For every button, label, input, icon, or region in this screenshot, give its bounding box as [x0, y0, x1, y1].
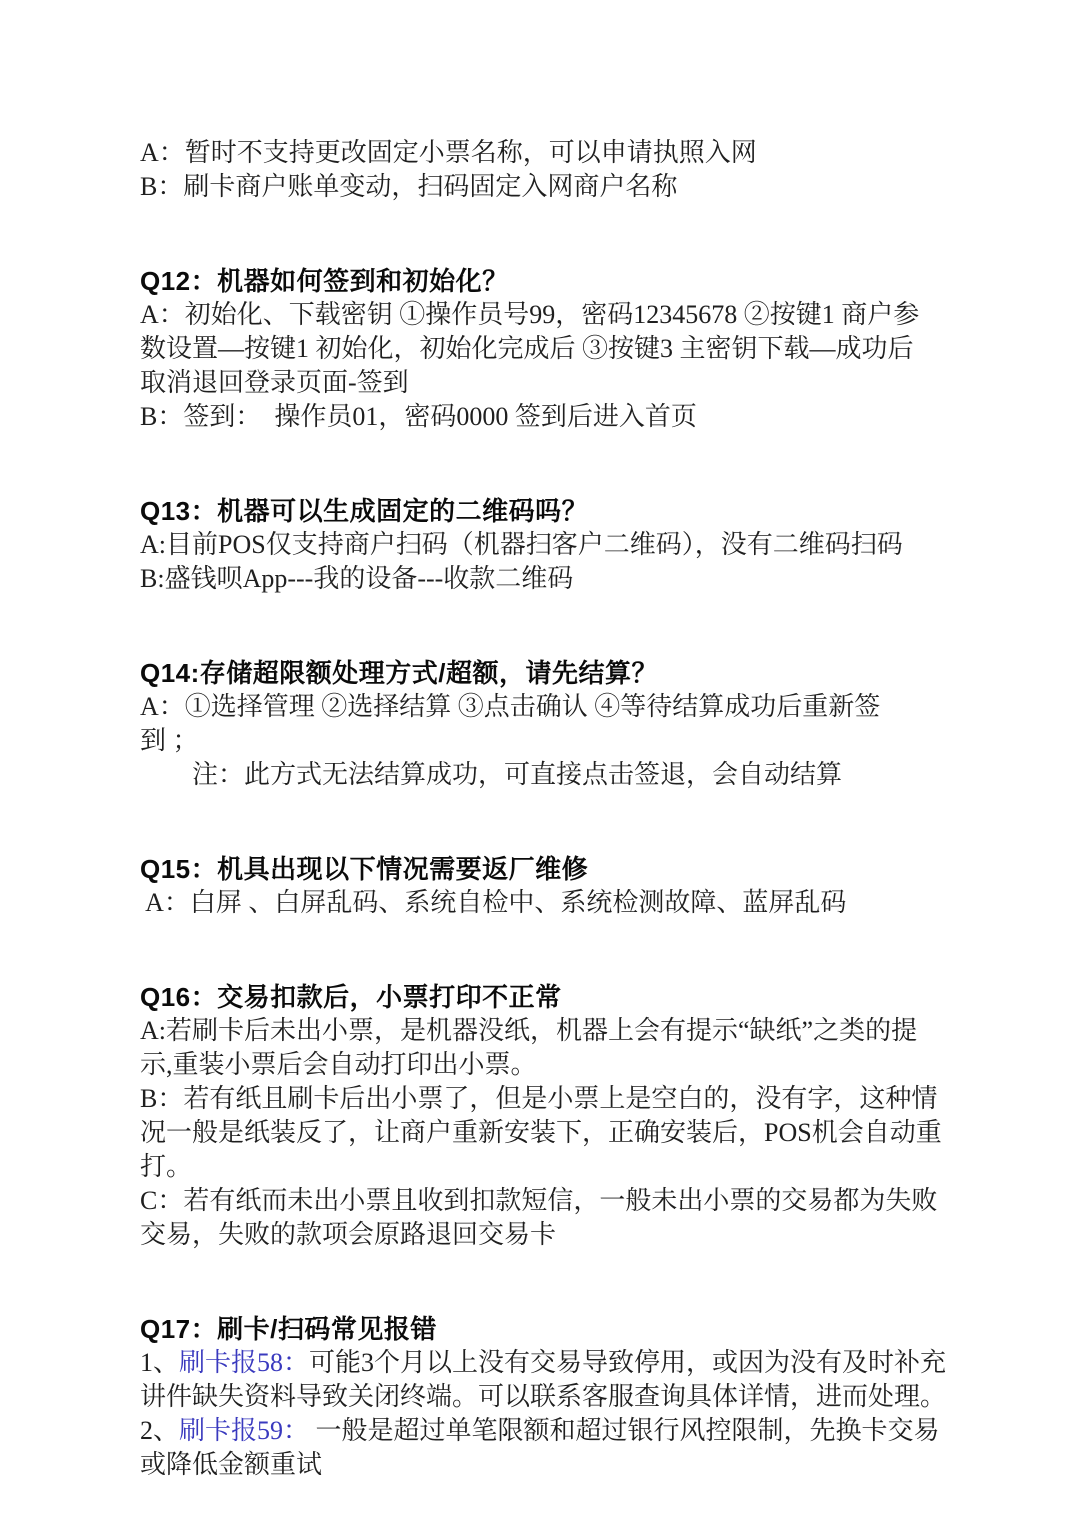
- text-line: 1、刷卡报58：可能3个月以上没有交易导致停用，或因为没有及时补充: [140, 1346, 950, 1380]
- text-line: 注：此方式无法结算成功，可直接点击签退，会自动结算: [140, 758, 950, 792]
- text-segment: A:目前POS仅支持商户扫码（机器扫客户二维码），没有二维码扫码: [140, 530, 903, 559]
- text-line: B:盛钱呗App---我的设备---收款二维码: [140, 562, 950, 596]
- text-segment: A：白屏 、白屏乱码、系统自检中、系统检测故障、蓝屏乱码: [140, 888, 846, 917]
- question-heading: Q13：机器可以生成固定的二维码吗？: [140, 494, 950, 528]
- text-segment: 讲件缺失资料导致关闭终端。可以联系客服查询具体详情，进而处理。: [140, 1382, 946, 1411]
- faq-document: A：暂时不支持更改固定小票名称，可以申请执照入网B：刷卡商户账单变动，扫码固定入…: [0, 0, 1080, 1482]
- error-code-text: 刷卡报58：: [179, 1348, 309, 1377]
- text-segment: C：若有纸而未出小票且收到扣款短信，一般未出小票的交易都为失败: [140, 1186, 937, 1215]
- text-line: B：若有纸且刷卡后出小票了，但是小票上是空白的，没有字，这种情: [140, 1082, 950, 1116]
- text-line: A：暂时不支持更改固定小票名称，可以申请执照入网: [140, 136, 950, 170]
- document-page: A：暂时不支持更改固定小票名称，可以申请执照入网B：刷卡商户账单变动，扫码固定入…: [0, 0, 1080, 1526]
- text-segment: 交易，失败的款项会原路退回交易卡: [140, 1220, 556, 1249]
- text-line: B：刷卡商户账单变动，扫码固定入网商户名称: [140, 170, 950, 204]
- text-segment: 数设置—按键1 初始化，初始化完成后 ③按键3 主密钥下载—成功后: [140, 334, 914, 363]
- text-segment: B：若有纸且刷卡后出小票了，但是小票上是空白的，没有字，这种情: [140, 1084, 937, 1113]
- text-line: 或降低金额重试: [140, 1448, 950, 1482]
- text-line: 打。: [140, 1150, 950, 1184]
- text-segment: A:若刷卡后未出小票，是机器没纸，机器上会有提示“缺纸”之类的提: [140, 1016, 917, 1045]
- text-line: A:若刷卡后未出小票，是机器没纸，机器上会有提示“缺纸”之类的提: [140, 1014, 950, 1048]
- text-line: 交易，失败的款项会原路退回交易卡: [140, 1218, 950, 1252]
- text-segment: 注：此方式无法结算成功，可直接点击签退，会自动结算: [140, 760, 842, 789]
- text-segment: 示,重装小票后会自动打印出小票。: [140, 1050, 537, 1079]
- text-segment: B:盛钱呗App---我的设备---收款二维码: [140, 564, 573, 593]
- faq-section-q14: Q14:存储超限额处理方式/超额，请先结算？A：①选择管理 ②选择结算 ③点击确…: [140, 656, 950, 792]
- text-line: A：初始化、下载密钥 ①操作员号99，密码12345678 ②按键1 商户参: [140, 298, 950, 332]
- text-segment: A：①选择管理 ②选择结算 ③点击确认 ④等待结算成功后重新签: [140, 692, 880, 721]
- error-code-text: 刷卡报59：: [179, 1416, 309, 1445]
- text-segment: B：刷卡商户账单变动，扫码固定入网商户名称: [140, 172, 677, 201]
- faq-section-q17: Q17：刷卡/扫码常见报错1、刷卡报58：可能3个月以上没有交易导致停用，或因为…: [140, 1312, 950, 1482]
- text-segment: 到 ；: [140, 726, 199, 755]
- text-line: C：若有纸而未出小票且收到扣款短信，一般未出小票的交易都为失败: [140, 1184, 950, 1218]
- question-heading: Q12：机器如何签到和初始化？: [140, 264, 950, 298]
- faq-section-q16: Q16：交易扣款后，小票打印不正常A:若刷卡后未出小票，是机器没纸，机器上会有提…: [140, 980, 950, 1252]
- text-line: 到 ；: [140, 724, 950, 758]
- text-line: A：①选择管理 ②选择结算 ③点击确认 ④等待结算成功后重新签: [140, 690, 950, 724]
- text-segment: 2、: [140, 1416, 179, 1445]
- question-heading: Q15：机具出现以下情况需要返厂维修: [140, 852, 950, 886]
- text-segment: 况一般是纸装反了，让商户重新安装下，正确安装后，POS机会自动重: [140, 1118, 942, 1147]
- text-line: 况一般是纸装反了，让商户重新安装下，正确安装后，POS机会自动重: [140, 1116, 950, 1150]
- text-segment: 打。: [140, 1152, 192, 1181]
- text-segment: 一般是超过单笔限额和超过银行风控限制，先换卡交易: [309, 1416, 940, 1445]
- faq-section-q13: Q13：机器可以生成固定的二维码吗？A:目前POS仅支持商户扫码（机器扫客户二维…: [140, 494, 950, 596]
- text-segment: A：初始化、下载密钥 ①操作员号99，密码12345678 ②按键1 商户参: [140, 300, 919, 329]
- text-line: A：白屏 、白屏乱码、系统自检中、系统检测故障、蓝屏乱码: [140, 886, 950, 920]
- faq-section-q12: Q12：机器如何签到和初始化？A：初始化、下载密钥 ①操作员号99，密码1234…: [140, 264, 950, 434]
- text-segment: A：暂时不支持更改固定小票名称，可以申请执照入网: [140, 138, 757, 167]
- text-line: 讲件缺失资料导致关闭终端。可以联系客服查询具体详情，进而处理。: [140, 1380, 950, 1414]
- text-segment: 可能3个月以上没有交易导致停用，或因为没有及时补充: [309, 1348, 946, 1377]
- text-segment: 取消退回登录页面-签到: [140, 368, 409, 397]
- question-heading: Q14:存储超限额处理方式/超额，请先结算？: [140, 656, 950, 690]
- text-line: 取消退回登录页面-签到: [140, 366, 950, 400]
- faq-section-q11-answers: A：暂时不支持更改固定小票名称，可以申请执照入网B：刷卡商户账单变动，扫码固定入…: [140, 136, 950, 204]
- text-line: 数设置—按键1 初始化，初始化完成后 ③按键3 主密钥下载—成功后: [140, 332, 950, 366]
- text-segment: 1、: [140, 1348, 179, 1377]
- text-segment: 或降低金额重试: [140, 1450, 322, 1479]
- text-line: A:目前POS仅支持商户扫码（机器扫客户二维码），没有二维码扫码: [140, 528, 950, 562]
- text-segment: B：签到： 操作员01，密码0000 签到后进入首页: [140, 402, 697, 431]
- question-heading: Q16：交易扣款后，小票打印不正常: [140, 980, 950, 1014]
- text-line: B：签到： 操作员01，密码0000 签到后进入首页: [140, 400, 950, 434]
- question-heading: Q17：刷卡/扫码常见报错: [140, 1312, 950, 1346]
- faq-section-q15: Q15：机具出现以下情况需要返厂维修 A：白屏 、白屏乱码、系统自检中、系统检测…: [140, 852, 950, 920]
- text-line: 2、刷卡报59： 一般是超过单笔限额和超过银行风控限制，先换卡交易: [140, 1414, 950, 1448]
- text-line: 示,重装小票后会自动打印出小票。: [140, 1048, 950, 1082]
